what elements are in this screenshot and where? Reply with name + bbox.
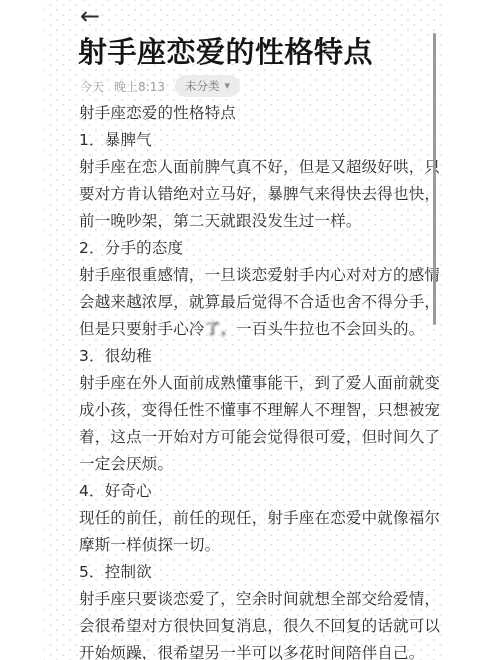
body-text: 会越来越浓厚，就算最后觉得不合适也舍不得分手， [79,293,440,311]
note-line[interactable]: 2．分手的态度 [79,235,445,262]
note-date: 今天 [80,78,104,95]
note-line[interactable]: 成小孩，变得任性不懂事不理解人不理智，只想被宠 [79,397,445,424]
note-editor-screen: ← 射手座恋爱的性格特点 今天 晚上8:13 未分类 ▼ 射手座恋爱的性格特点1… [0,0,500,660]
body-text: 射手座只要谈恋爱了，空余时间就想全部交给爱情， [79,590,440,608]
note-meta: 今天 晚上8:13 未分类 ▼ [80,75,240,97]
note-line[interactable]: 着，这点一开始对方可能会觉得很可爱，但时间久了 [79,424,445,451]
body-text: 4．好奇心 [79,482,152,500]
note-line[interactable]: 会很希望对方很快回复消息，很久不回复的话就可以 [79,613,445,640]
note-line[interactable]: 5．控制欲 [79,559,445,586]
body-text: 摩斯一样侦探一切。 [79,536,220,554]
note-line[interactable]: 要对方肯认错绝对立马好，暴脾气来得快去得也快， [79,181,445,208]
body-text: 一百头牛拉也不会回头的。 [236,320,424,338]
note-title[interactable]: 射手座恋爱的性格特点 [78,30,373,71]
body-text: 一定会厌烦。 [79,455,173,473]
note-line[interactable]: 前一晚吵架，第二天就跟没发生过一样。 [79,208,445,235]
body-text: 1．暴脾气 [79,131,152,149]
body-text: 2．分手的态度 [79,239,183,257]
body-text: 前一晚吵架，第二天就跟没发生过一样。 [79,212,362,230]
note-line[interactable]: 摩斯一样侦探一切。 [79,532,445,559]
body-text: 要对方肯认错绝对立马好，暴脾气来得快去得也快， [79,185,440,203]
note-time: 晚上8:13 [114,78,165,95]
note-line[interactable]: 4．好奇心 [79,478,445,505]
body-text: 现任的前任，前任的现任，射手座在恋爱中就像福尔 [79,509,440,527]
note-line[interactable]: 一定会厌烦。 [79,451,445,478]
note-line[interactable]: 会越来越浓厚，就算最后觉得不合适也舍不得分手， [79,289,445,316]
note-line[interactable]: 射手座在外人面前成熟懂事能干，到了爱人面前就变 [79,370,445,397]
body-text: 着，这点一开始对方可能会觉得很可爱，但时间久了 [79,428,440,446]
note-line[interactable]: 但是只要射手心冷了，一百头牛拉也不会回头的。 [79,316,445,343]
category-label: 未分类 [185,78,220,94]
body-text: 成小孩，变得任性不懂事不理解人不理智，只想被宠 [79,401,440,419]
back-button[interactable]: ← [80,0,118,32]
body-text: 开始烦躁，很希望另一半可以多花时间陪伴自己。 [79,644,424,660]
body-text: 射手座在恋人面前脾气真不好，但是又超级好哄，只 [79,158,440,176]
body-text: 3．很幼稚 [79,347,152,365]
body-text: 5．控制欲 [79,563,152,581]
note-line[interactable]: 射手座在恋人面前脾气真不好，但是又超级好哄，只 [79,154,445,181]
body-text: 但是只要射手心冷 [79,320,205,338]
note-line[interactable]: 1．暴脾气 [79,127,445,154]
body-text: 会很希望对方很快回复消息，很久不回复的话就可以 [79,617,440,635]
note-body[interactable]: 射手座恋爱的性格特点1．暴脾气射手座在恋人面前脾气真不好，但是又超级好哄，只要对… [79,100,445,660]
body-text: 射手座恋爱的性格特点 [79,104,236,122]
note-line[interactable]: 开始烦躁，很希望另一半可以多花时间陪伴自己。 [79,640,445,660]
scrollbar-thumb[interactable] [433,33,436,325]
note-line[interactable]: 现任的前任，前任的现任，射手座在恋爱中就像福尔 [79,505,445,532]
note-line[interactable]: 射手座恋爱的性格特点 [79,100,445,127]
note-line[interactable]: 射手座只要谈恋爱了，空余时间就想全部交给爱情， [79,586,445,613]
back-arrow-icon: ← [80,4,100,28]
note-line[interactable]: 射手座很重感情，一旦谈恋爱射手内心对对方的感情 [79,262,445,289]
note-line[interactable]: 3．很幼稚 [79,343,445,370]
body-text: 射手座很重感情，一旦谈恋爱射手内心对对方的感情 [79,266,440,284]
chevron-down-icon: ▼ [224,83,229,90]
category-selector[interactable]: 未分类 ▼ [175,75,240,97]
smudged-text: 了， [204,316,237,342]
body-text: 射手座在外人面前成熟懂事能干，到了爱人面前就变 [79,374,440,392]
